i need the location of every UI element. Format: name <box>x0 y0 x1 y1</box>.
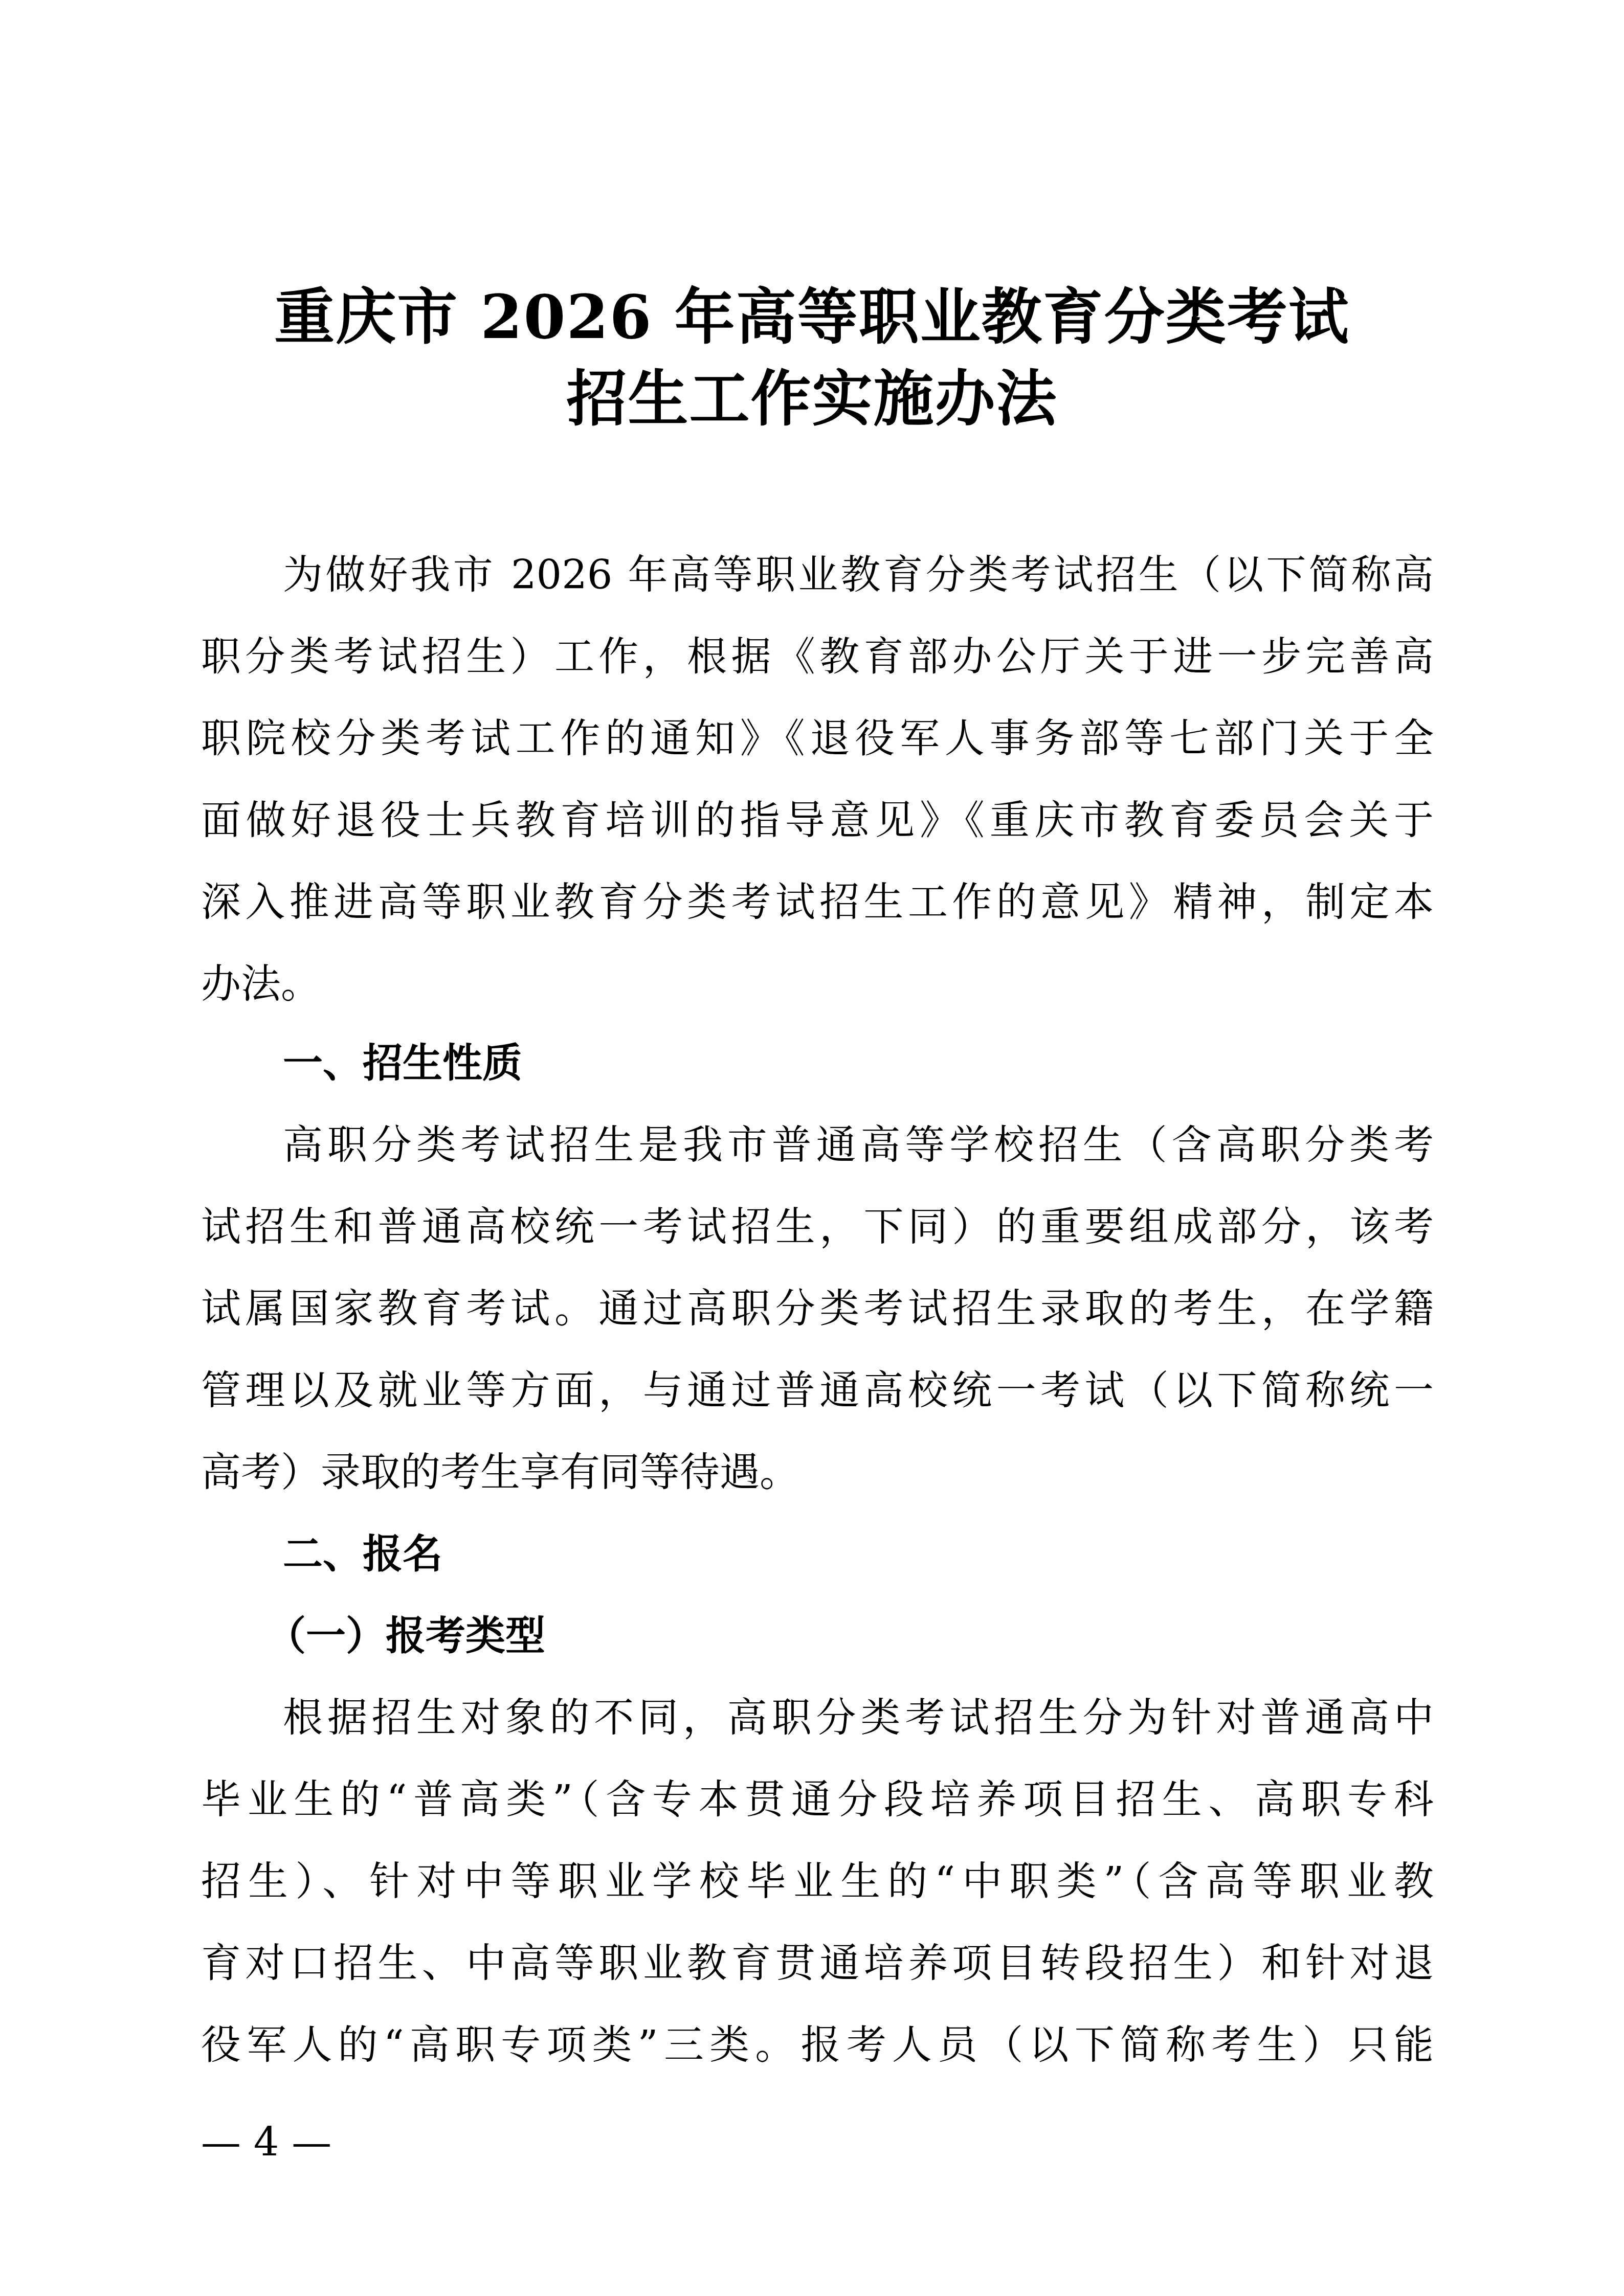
document-title-line-2: 招生工作实施办法 <box>0 366 1624 432</box>
subsection1-paragraph-line: 毕业生的“普高类”（含专本贯通分段培养项目招生、高职专科 <box>201 1774 1434 1826</box>
section1-paragraph-line: 高考）录取的考生享有同等待遇。 <box>201 1447 1434 1498</box>
subsection-heading-application-type: （一）报考类型 <box>266 1611 545 1662</box>
intro-paragraph-line: 办法。 <box>201 959 1434 1010</box>
section-heading-registration: 二、报名 <box>283 1529 442 1580</box>
intro-paragraph-line: 职院校分类考试工作的通知》《退役军人事务部等七部门关于全 <box>201 713 1434 764</box>
subsection1-paragraph-line: 招生）、针对中等职业学校毕业生的“中职类”（含高等职业教 <box>201 1856 1434 1907</box>
subsection1-paragraph-line: 育对口招生、中高等职业教育贯通培养项目转段招生）和针对退 <box>201 1938 1434 1989</box>
intro-paragraph-line: 为做好我市 2026 年高等职业教育分类考试招生（以下简称高 <box>283 550 1434 601</box>
section-heading-enrollment-nature: 一、招生性质 <box>283 1038 522 1089</box>
section1-paragraph-line: 管理以及就业等方面，与通过普通高校统一考试（以下简称统一 <box>201 1365 1434 1416</box>
document-title-line-1: 重庆市 2026 年高等职业教育分类考试 <box>0 284 1624 350</box>
subsection1-paragraph-line: 根据招生对象的不同，高职分类考试招生分为针对普通高中 <box>283 1693 1434 1744</box>
section1-paragraph-line: 试属国家教育考试。通过高职分类考试招生录取的考生，在学籍 <box>201 1284 1434 1335</box>
intro-paragraph-line: 职分类考试招生）工作，根据《教育部办公厅关于进一步完善高 <box>201 632 1434 683</box>
intro-paragraph-line: 面做好退役士兵教育培训的指导意见》《重庆市教育委员会关于 <box>201 795 1434 846</box>
section1-paragraph-line: 试招生和普通高校统一考试招生，下同）的重要组成部分，该考 <box>201 1202 1434 1253</box>
section1-paragraph-line: 高职分类考试招生是我市普通高等学校招生（含高职分类考 <box>283 1120 1434 1171</box>
document-page: 重庆市 2026 年高等职业教育分类考试 招生工作实施办法 为做好我市 2026… <box>0 0 1624 2296</box>
subsection1-paragraph-line: 役军人的“高职专项类”三类。报考人员（以下简称考生）只能 <box>201 2020 1434 2071</box>
page-number: — 4 — <box>201 2117 331 2168</box>
intro-paragraph-line: 深入推进高等职业教育分类考试招生工作的意见》精神，制定本 <box>201 877 1434 928</box>
